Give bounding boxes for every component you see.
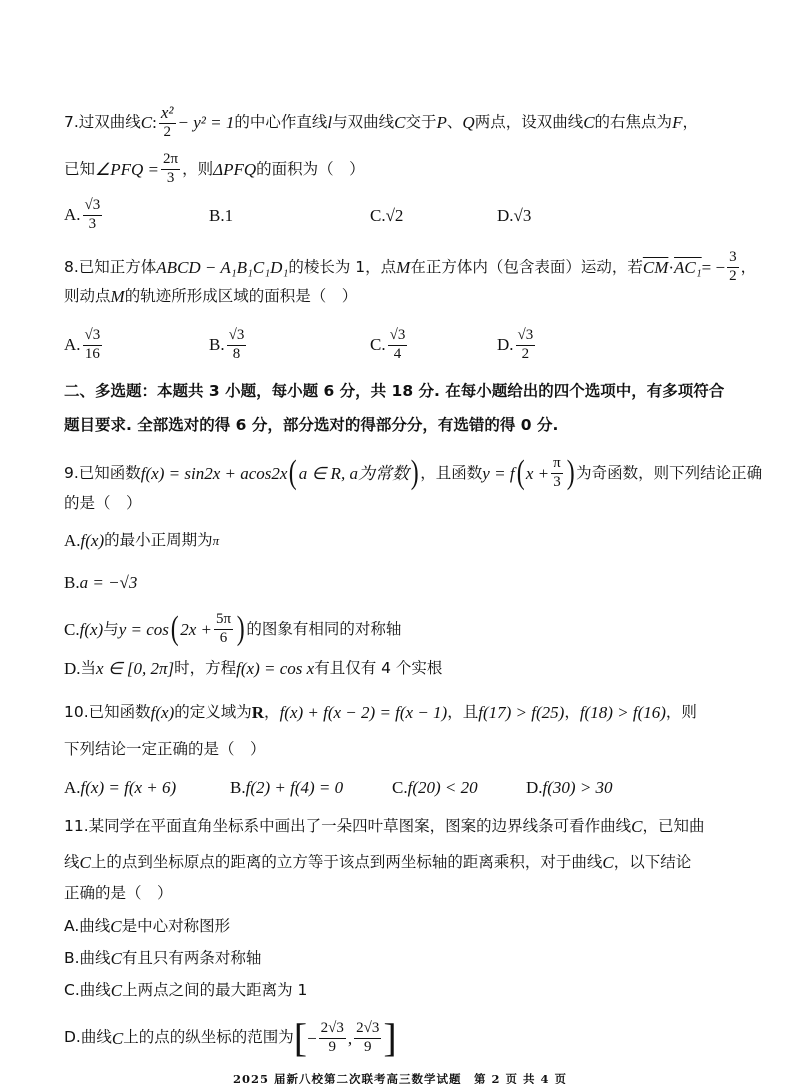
q11-text: ，已知曲 (643, 819, 705, 835)
curve-name: C (583, 114, 594, 131)
q7-text: ，则 (182, 162, 213, 178)
q8-text: 在正方体内（包含表面）运动，若 (410, 260, 643, 276)
angle-expression: ∠PFQ = (95, 161, 159, 178)
q11-stem-line3: 正确的是（ ） (64, 886, 173, 902)
q11-stem-line1: 11.某同学在平面直角坐标系中画出了一朵四叶草图案，图案的边界线条可看作曲线 C… (64, 818, 705, 835)
q7-stem-line2: 已知 ∠PFQ = 2π 3 ，则 ΔPFQ 的面积为（ ） (64, 152, 365, 187)
option-text: 时，方程 (174, 661, 236, 677)
option-label: C. (370, 335, 386, 355)
option-label: A. (64, 335, 81, 355)
functional-equation: f(x) + f(x − 2) = f(x − 1) (280, 704, 448, 721)
option-label: A. (64, 532, 81, 549)
curve-name: C (631, 818, 642, 835)
q11-option-c: C.曲线 C 上两点之间的最大距离为 1 (64, 982, 307, 999)
q11-option-a: A.曲线 C 是中心对称图形 (64, 918, 230, 935)
q7-text: 7.过双曲线 (64, 115, 141, 131)
option-text: 上的点的纵坐标的范围为 (123, 1030, 294, 1046)
function-f: f(x) (81, 532, 105, 549)
minus-sign: − (307, 1030, 317, 1047)
option-text: 当 (81, 661, 97, 677)
right-paren: ) (237, 612, 245, 646)
fraction-x2-over-2: x² 2 (159, 104, 176, 141)
q10-stem-line2: 下列结论一定正确的是（ ） (64, 742, 266, 758)
curve-name: C (394, 114, 405, 131)
separator: 、 (447, 115, 463, 131)
punctuation: ， (564, 705, 580, 721)
q10-stem-line1: 10.已知函数 f(x) 的定义域为 R ， f(x) + f(x − 2) =… (64, 704, 697, 721)
q9-option-b: B. a = −√3 (64, 574, 137, 591)
q10-text: ，且 (447, 705, 478, 721)
option-fraction: √3 3 (83, 198, 103, 233)
option-label: D. (497, 206, 514, 226)
right-paren: ) (566, 456, 574, 490)
option-value: f(30) > 30 (543, 778, 613, 798)
option-text: 有且只有两条对称轴 (122, 951, 262, 967)
option-value: √2 (386, 206, 404, 226)
q7-option-c: C. √2 (370, 206, 403, 226)
triangle-pfq: ΔPFQ (213, 161, 256, 178)
q8-text: 8.已知正方体 (64, 260, 156, 276)
vector-cm: CM (643, 259, 669, 276)
q9-option-a: A. f(x) 的最小正周期为 π (64, 532, 219, 549)
inequality-1: f(17) > f(25) (478, 704, 564, 721)
fraction-3-over-2: 3 2 (727, 250, 739, 285)
option-value: √3 (514, 206, 532, 226)
section-2-line2: 题目要求. 全部选对的得 6 分，部分选对的得部分分，有选错的得 0 分. (64, 418, 558, 434)
q8-text: 则动点 (64, 289, 111, 305)
q7-text: 两点，设双曲线 (475, 115, 584, 131)
q9-text: 9.已知函数 (64, 466, 141, 482)
point-q: Q (462, 114, 474, 131)
q8-stem-line1: 8.已知正方体 ABCD − A₁B₁C₁D₁ 的棱长为 1，点 M 在正方体内… (64, 250, 756, 285)
q8-option-a: A. √3 16 (64, 328, 104, 363)
option-fraction: √3 4 (388, 328, 408, 363)
q9-stem-line2: 的是（ ） (64, 496, 142, 512)
punctuation: ， (264, 705, 280, 721)
curve-name: C (110, 918, 121, 935)
q9-text: ，且函数 (420, 466, 482, 482)
option-text: C.曲线 (64, 983, 111, 999)
page-footer: 2025 届新八校第二次联考高三数学试题 第 2 页 共 4 页 (0, 1071, 800, 1084)
option-text: 是中心对称图形 (122, 919, 231, 935)
q7-option-b: B. 1 (209, 206, 233, 226)
q9-stem-line1: 9.已知函数 f(x) = sin2x + acos2x ( a ∈ R, a为… (64, 456, 762, 491)
point-m: M (111, 288, 125, 305)
option-label: C. (64, 621, 80, 638)
cube-name: ABCD − A₁B₁C₁D₁ (156, 259, 288, 276)
option-label: D. (497, 335, 514, 355)
option-label: B. (209, 206, 225, 226)
equation-rest: − y² = 1 (178, 114, 235, 131)
q11-text: 11.某同学在平面直角坐标系中画出了一朵四叶草图案，图案的边界线条可看作曲线 (64, 819, 631, 835)
q11-text: ，以下结论 (614, 855, 692, 871)
fraction-lower-bound: 2√3 9 (319, 1021, 346, 1056)
option-value: 1 (225, 206, 234, 226)
parameter-condition: a ∈ R, a为常数 (299, 465, 409, 482)
option-text: 有且仅有 4 个实根 (314, 661, 442, 677)
option-text: 与 (103, 622, 119, 638)
option-expression: a = −√3 (80, 574, 138, 591)
q11-option-b: B.曲线 C 有且只有两条对称轴 (64, 950, 261, 967)
option-text: 的图象有相同的对称轴 (246, 622, 401, 638)
q7-stem-line1: 7.过双曲线 C : x² 2 − y² = 1 的中心作直线 l 与双曲线 C… (64, 104, 698, 141)
cos-function: y = cos (119, 621, 169, 638)
option-label: B. (230, 778, 246, 798)
colon: : (152, 114, 157, 131)
q11-text: 线 (64, 855, 80, 871)
q11-stem-line2: 线 C 上的点到坐标原点的距离的立方等于该点到两坐标轴的距离乘积，对于曲线 C … (64, 854, 691, 871)
option-text: A.曲线 (64, 919, 110, 935)
option-label: A. (64, 778, 81, 798)
q7-text: 的中心作直线 (234, 115, 327, 131)
option-fraction: √3 8 (227, 328, 247, 363)
q10-option-b: B. f(2) + f(4) = 0 (230, 778, 343, 798)
q9-option-c: C. f(x) 与 y = cos ( 2x + 5π 6 ) 的图象有相同的对… (64, 612, 401, 647)
comma: , (348, 1030, 352, 1047)
left-paren: ( (289, 456, 297, 490)
option-label: A. (64, 205, 81, 225)
focus-f: F (672, 114, 682, 131)
curve-name: C (111, 982, 122, 999)
q10-option-c: C. f(20) < 20 (392, 778, 478, 798)
q7-option-d: D. √3 (497, 206, 531, 226)
q7-text: 已知 (64, 162, 95, 178)
q7-text: 的面积为（ ） (256, 162, 365, 178)
left-paren: ( (516, 456, 524, 490)
q10-text: 下列结论一定正确的是（ ） (64, 742, 266, 758)
q9-option-d: D. 当 x ∈ [0, 2π] 时，方程 f(x) = cos x 有且仅有 … (64, 660, 442, 677)
option-text: B.曲线 (64, 951, 111, 967)
q8-stem-line2: 则动点 M 的轨迹所形成区域的面积是（ ） (64, 288, 357, 305)
q9-text: 的是（ ） (64, 496, 142, 512)
function-f: f(x) (151, 704, 175, 721)
section-2-line1: 二、多选题：本题共 3 小题，每小题 6 分，共 18 分. 在每小题给出的四个… (64, 384, 724, 400)
right-paren: ) (411, 456, 419, 490)
option-text: D.曲线 (64, 1030, 112, 1046)
option-label: B. (64, 574, 80, 591)
q10-text: ，则 (666, 705, 697, 721)
fraction-pi-over-3: π 3 (551, 456, 563, 491)
q10-option-d: D. f(30) > 30 (526, 778, 613, 798)
option-label: C. (370, 206, 386, 226)
argument: 2x + (180, 621, 212, 638)
curve-name: C (112, 1030, 123, 1047)
q8-option-d: D. √3 2 (497, 328, 537, 363)
function-f: f(x) (80, 621, 104, 638)
left-bracket: [ (294, 1018, 307, 1058)
curve-name: C (602, 854, 613, 871)
inequality-2: f(18) > f(16) (580, 704, 666, 721)
q8-text: 的棱长为 1，点 (288, 260, 396, 276)
fraction-upper-bound: 2√3 9 (354, 1021, 381, 1056)
q8-option-c: C. √3 4 (370, 328, 409, 363)
section-2-heading: 二、多选题：本题共 3 小题，每小题 6 分，共 18 分. 在每小题给出的四个… (64, 384, 724, 400)
curve-name: C (141, 114, 152, 131)
function-definition: f(x) = sin2x + acos2x (141, 465, 288, 482)
option-label: C. (392, 778, 408, 798)
q7-option-a: A. √3 3 (64, 198, 104, 233)
argument: x + (526, 465, 549, 482)
q7-text: 交于 (405, 115, 436, 131)
option-fraction: √3 2 (516, 328, 536, 363)
q11-option-d: D.曲线 C 上的点的纵坐标的范围为 [ − 2√3 9 , 2√3 9 ] (64, 1018, 397, 1058)
option-value: f(2) + f(4) = 0 (246, 778, 344, 798)
function-y: y = f (482, 465, 514, 482)
q10-text: 10.已知函数 (64, 705, 151, 721)
punctuation: ， (741, 260, 757, 276)
option-label: D. (64, 660, 81, 677)
reals-symbol: R (252, 704, 264, 721)
curve-name: C (111, 950, 122, 967)
equals-minus: = − (702, 259, 725, 276)
option-label: D. (526, 778, 543, 798)
q11-text: 上的点到坐标原点的距离的立方等于该点到两坐标轴的距离乘积，对于曲线 (91, 855, 603, 871)
vector-ac1: AC₁ (674, 259, 702, 276)
option-fraction: √3 16 (83, 328, 103, 363)
option-text: 上两点之间的最大距离为 1 (122, 983, 307, 999)
curve-name: C (80, 854, 91, 871)
pi-symbol: π (213, 534, 220, 547)
interval: x ∈ [0, 2π] (96, 660, 174, 677)
q7-text: 的右焦点为 (595, 115, 673, 131)
q10-text: 的定义域为 (174, 705, 252, 721)
point-m: M (396, 259, 410, 276)
q8-text: 的轨迹所形成区域的面积是（ ） (125, 289, 358, 305)
option-label: B. (209, 335, 225, 355)
fraction-2pi-over-3: 2π 3 (161, 152, 180, 187)
section-2-heading-cont: 题目要求. 全部选对的得 6 分，部分选对的得部分分，有选错的得 0 分. (64, 418, 558, 434)
option-value: f(20) < 20 (408, 778, 478, 798)
q11-text: 正确的是（ ） (64, 886, 173, 902)
point-p: P (437, 114, 447, 131)
left-paren: ( (171, 612, 179, 646)
option-value: f(x) = f(x + 6) (81, 778, 177, 798)
punctuation: ， (682, 115, 698, 131)
q7-text: 与双曲线 (332, 115, 394, 131)
equation: f(x) = cos x (236, 660, 314, 677)
fraction-5pi-over-6: 5π 6 (214, 612, 233, 647)
option-text: 的最小正周期为 (104, 533, 213, 549)
q9-text: 为奇函数，则下列结论正确 (576, 466, 762, 482)
q8-option-b: B. √3 8 (209, 328, 248, 363)
right-bracket: ] (383, 1018, 396, 1058)
q10-option-a: A. f(x) = f(x + 6) (64, 778, 176, 798)
